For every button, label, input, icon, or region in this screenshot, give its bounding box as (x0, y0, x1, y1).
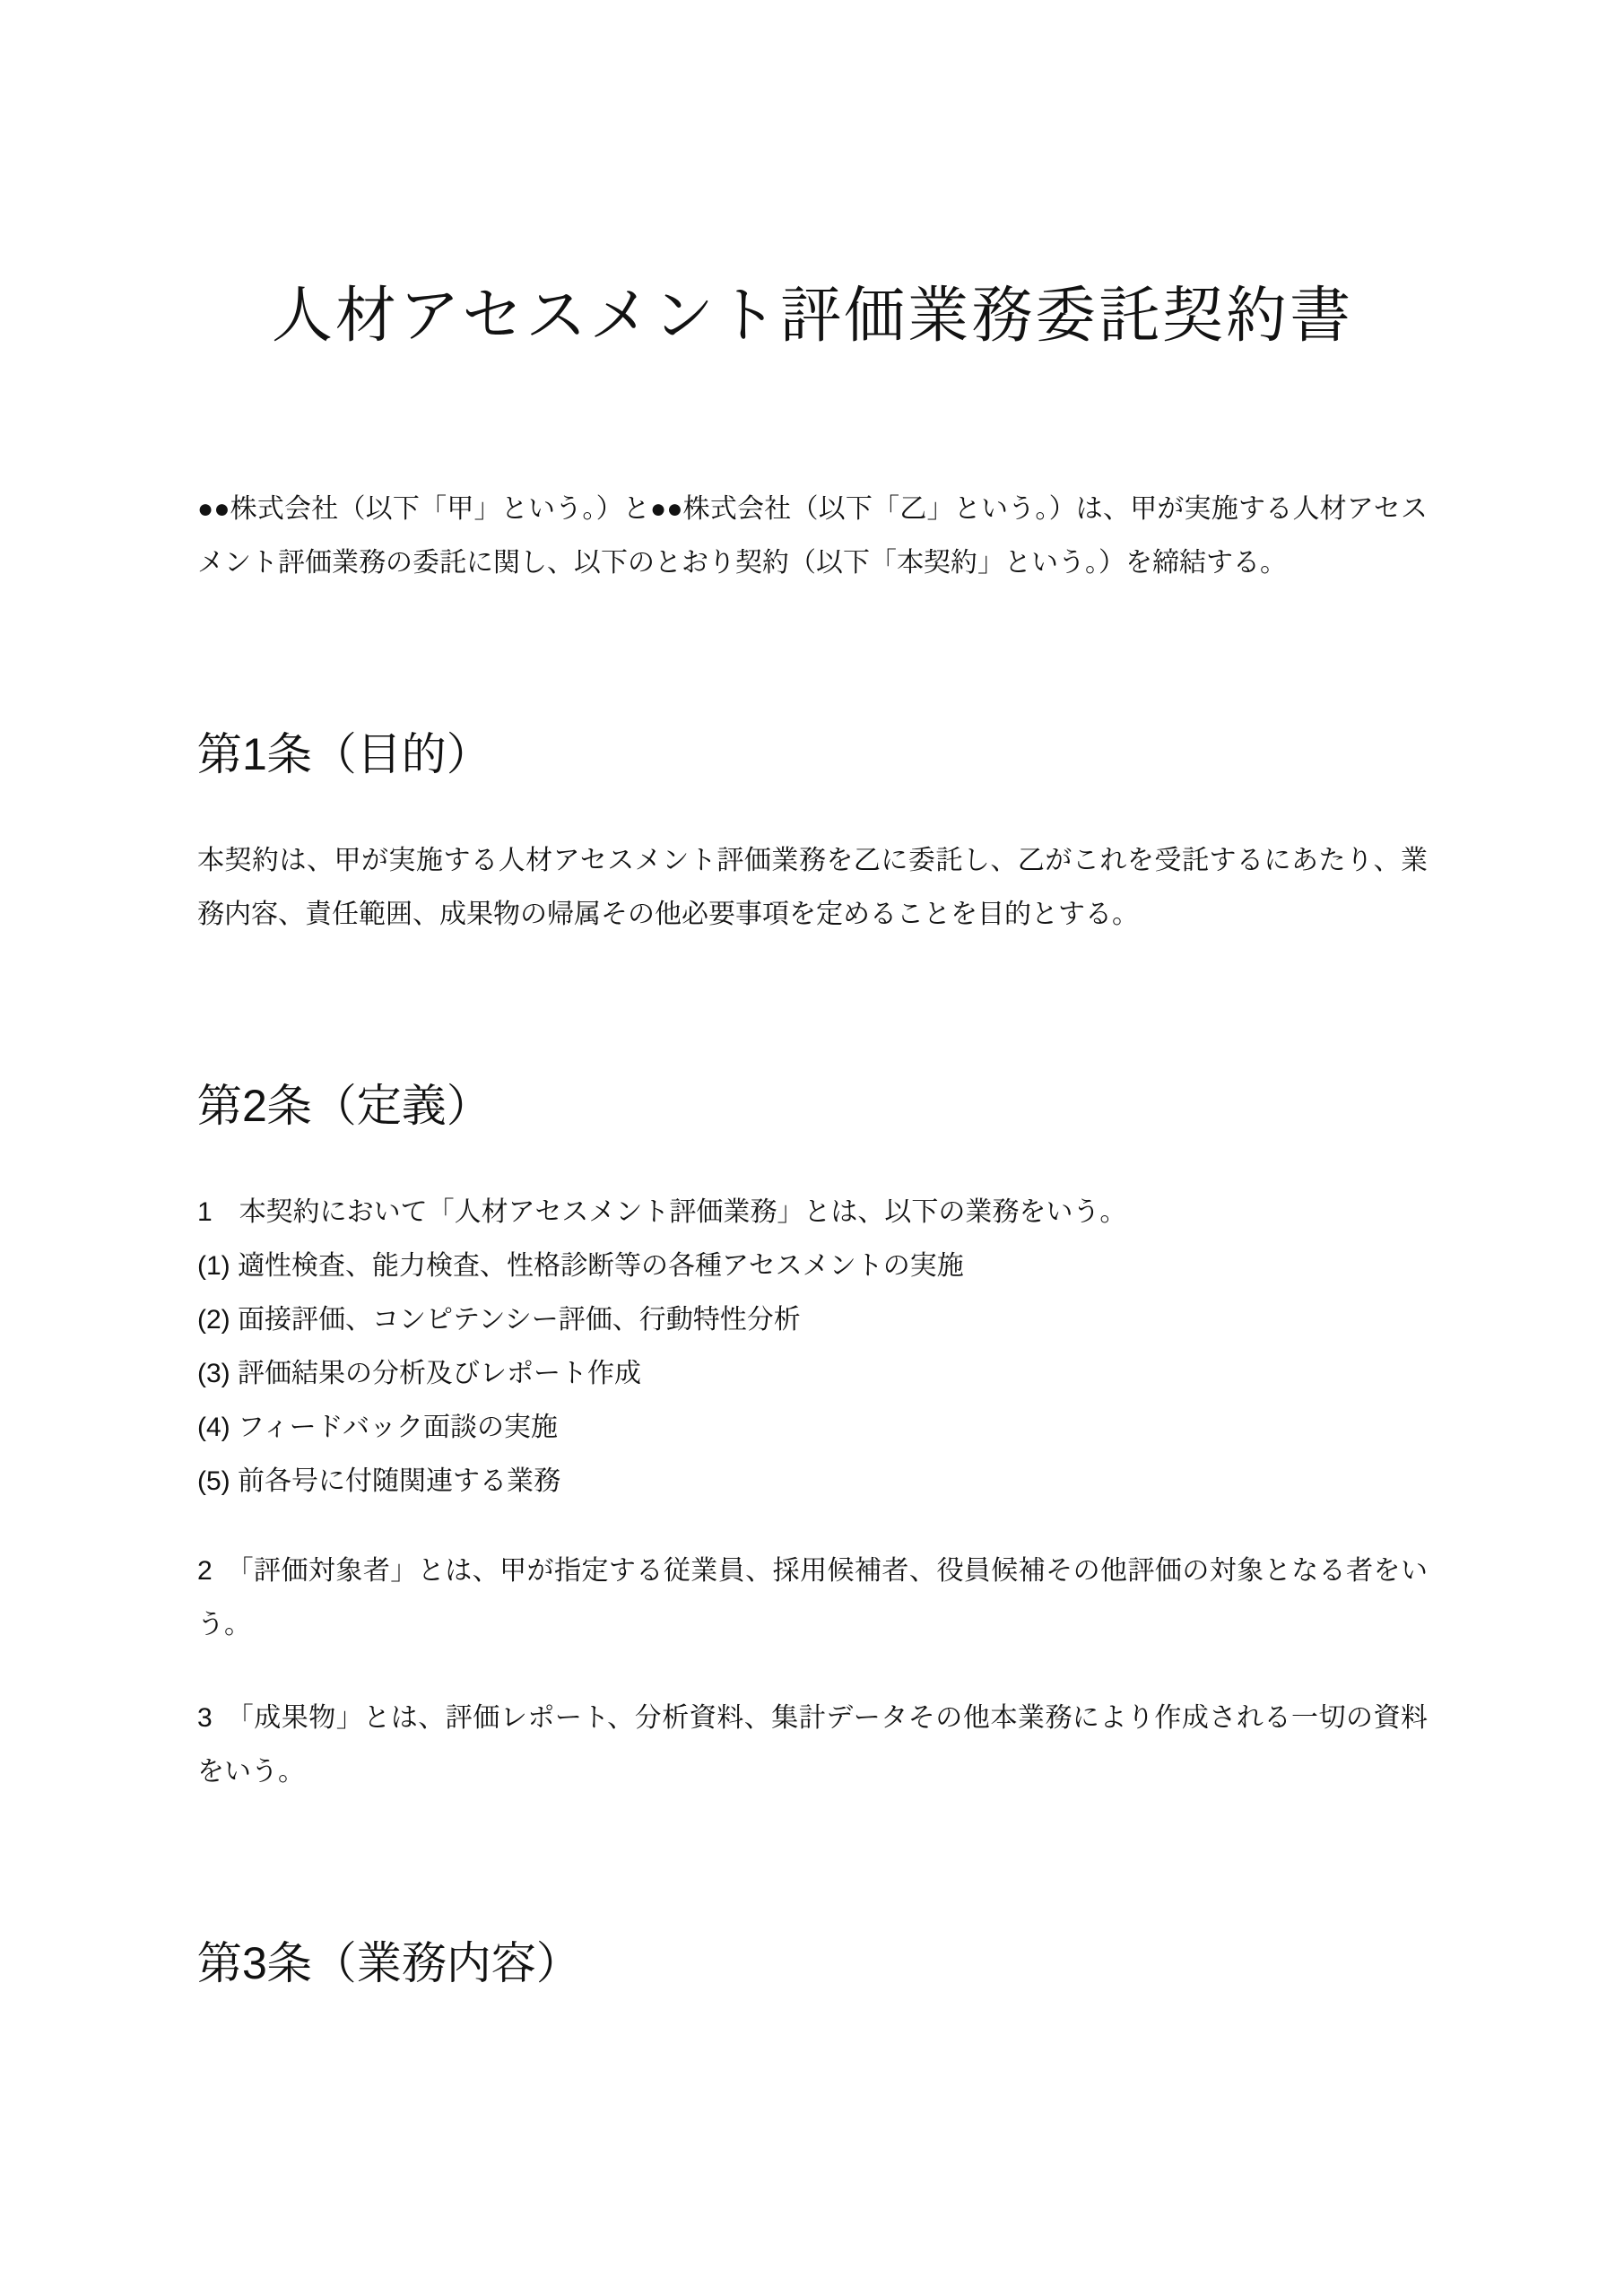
article-2-item-3: (3) 評価結果の分析及びレポート作成 (197, 1347, 1428, 1401)
article-2-item-4: (4) フィードバック面談の実施 (197, 1401, 1428, 1455)
article-2-item-5: (5) 前各号に付随関連する業務 (197, 1455, 1428, 1509)
article-2-item-2: (2) 面接評価、コンピテンシー評価、行動特性分析 (197, 1293, 1428, 1347)
article-2-item-1: (1) 適性検査、能力検査、性格診断等の各種アセスメントの実施 (197, 1239, 1428, 1293)
contract-document-page: 人材アセスメント評価業務委託契約書 ●●株式会社（以下「甲」という。）と●●株式… (0, 0, 1624, 2296)
article-2-heading: 第2条（定義） (197, 1078, 1428, 1134)
article-3-heading: 第3条（業務内容） (197, 1935, 1428, 1991)
document-title: 人材アセスメント評価業務委託契約書 (197, 285, 1428, 346)
article-2-clause-3: 3 「成果物」とは、評価レポート、分析資料、集計データその他本業務により作成され… (197, 1692, 1428, 1799)
article-1-paragraph: 本契約は、甲が実施する人材アセスメント評価業務を乙に委託し、乙がこれを受託するに… (197, 834, 1428, 942)
article-1-heading: 第1条（目的） (197, 726, 1428, 782)
article-2-clause-1: 1 本契約において「人材アセスメント評価業務」とは、以下の業務をいう。 (197, 1186, 1428, 1239)
preamble-paragraph: ●●株式会社（以下「甲」という。）と●●株式会社（以下「乙」という。）は、甲が実… (197, 483, 1428, 590)
article-2-clause-2: 2 「評価対象者」とは、甲が指定する従業員、採用候補者、役員候補その他評価の対象… (197, 1544, 1428, 1652)
